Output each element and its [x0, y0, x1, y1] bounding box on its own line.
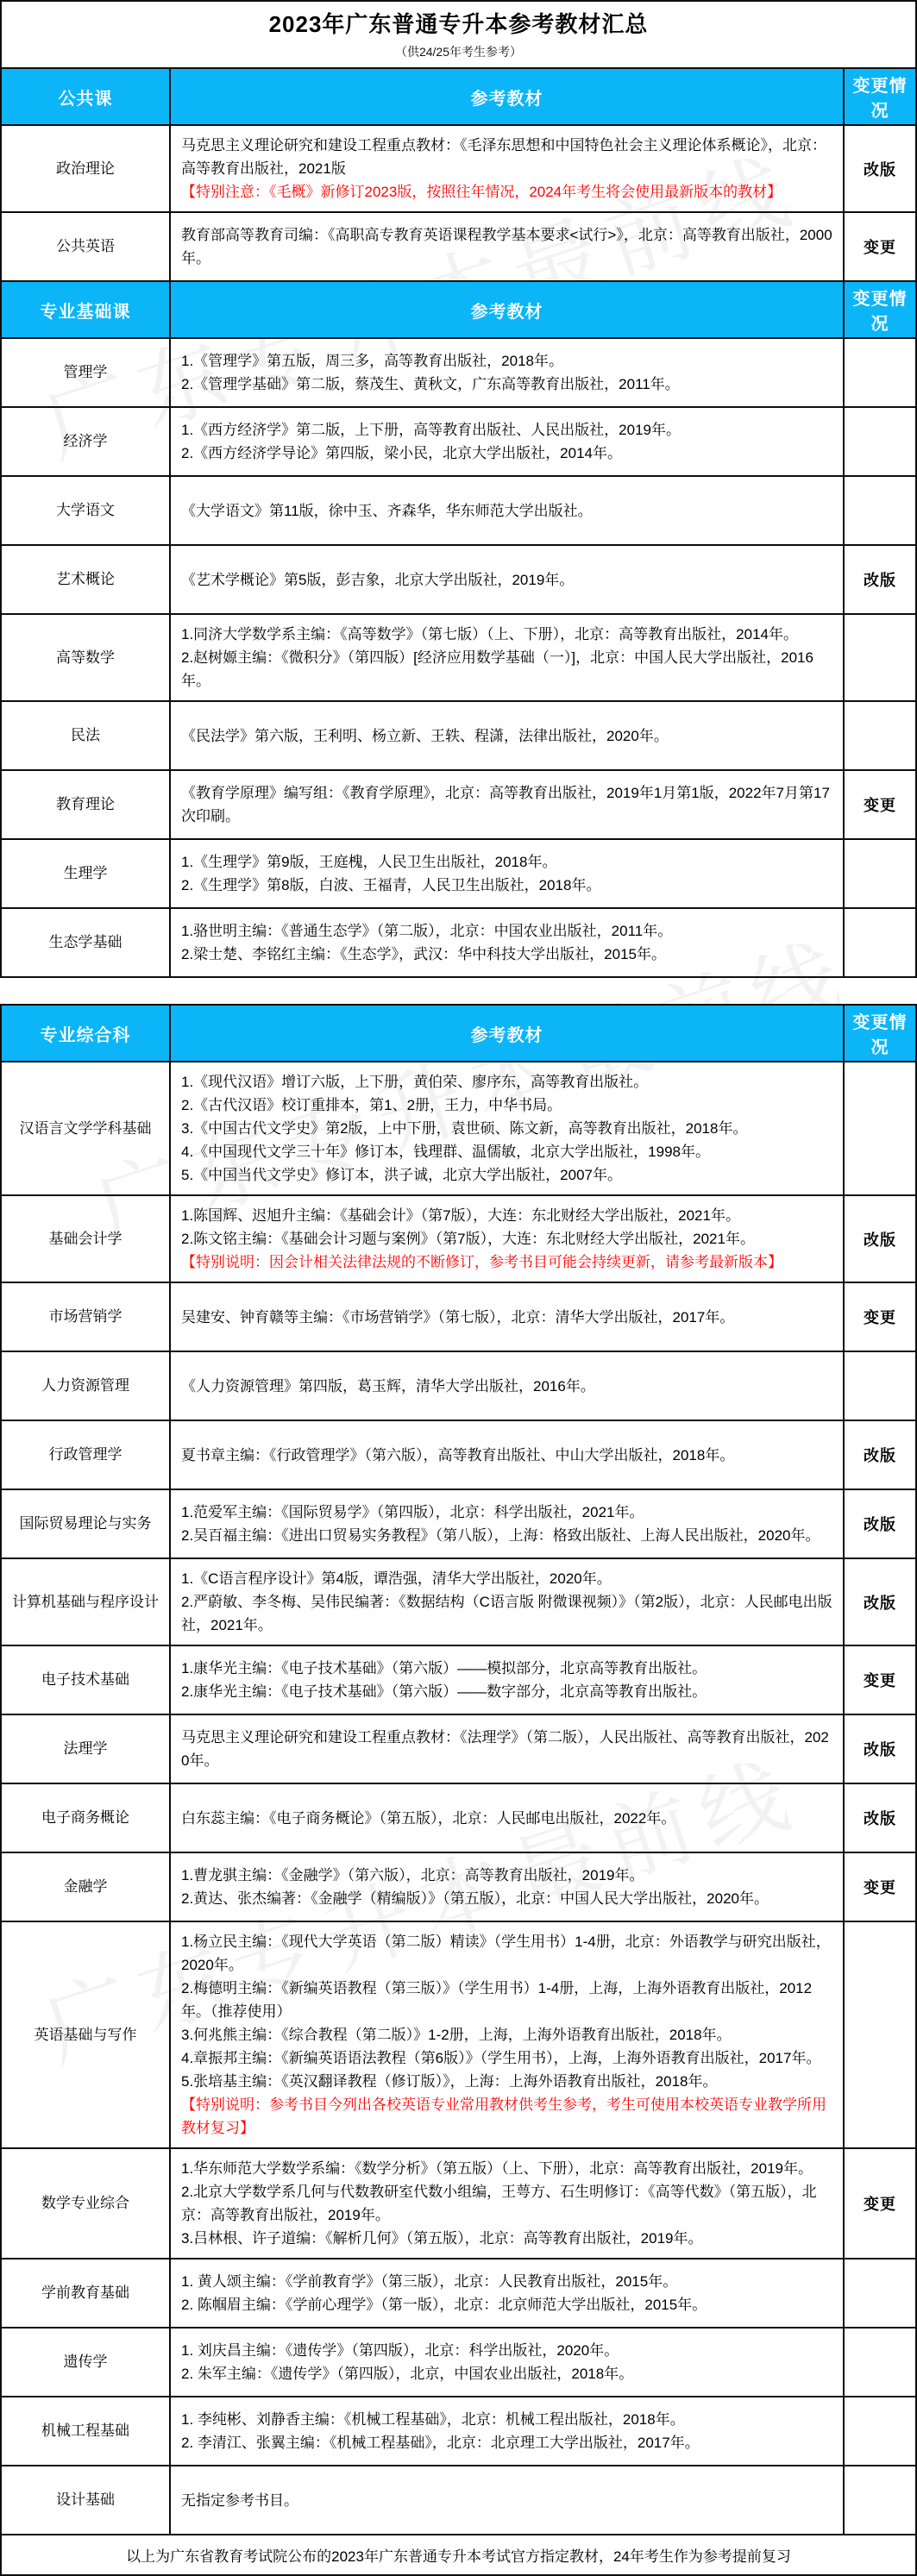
- materials-cell: 教育部高等教育司编：《高职高专教育英语课程教学基本要求<试行>》，北京：高等教育…: [170, 212, 844, 281]
- material-line: 2.《生理学》第8版，白波、王福青，人民卫生出版社，2018年。: [181, 874, 832, 897]
- course-cell: 机械工程基础: [1, 2397, 170, 2466]
- materials-cell: 1.《西方经济学》第二版，上下册，高等教育出版社、人民出版社，2019年。2.《…: [170, 407, 844, 476]
- table-row: 法理学马克思主义理论研究和建设工程重点教材：《法理学》（第二版），人民出版社、高…: [1, 1714, 916, 1783]
- course-cell: 经济学: [1, 407, 170, 476]
- table-row: 管理学1.《管理学》第五版，周三多，高等教育出版社，2018年。2.《管理学基础…: [1, 338, 916, 407]
- course-cell: 生理学: [1, 839, 170, 908]
- table-row: 数学专业综合1.华东师范大学数学系编：《数学分析》（第五版）（上、下册），北京：…: [1, 2148, 916, 2259]
- status-cell: [844, 908, 916, 977]
- materials-cell: 夏书章主编：《行政管理学》（第六版），高等教育出版社、中山大学出版社，2018年…: [170, 1420, 844, 1489]
- course-cell: 大学语文: [1, 476, 170, 545]
- materials-column-header: 参考教材: [170, 1005, 844, 1062]
- status-column-header: 变更情况: [844, 281, 916, 338]
- materials-cell: 1.杨立民主编：《现代大学英语（第二版）精读》（学生用书）1-4册，北京：外语教…: [170, 1921, 844, 2148]
- table-row: 机械工程基础1. 李纯彬、刘静香主编：《机械工程基础》，北京：机械工程出版社，2…: [1, 2397, 916, 2466]
- course-cell: 人力资源管理: [1, 1351, 170, 1420]
- table-row: 公共英语教育部高等教育司编：《高职高专教育英语课程教学基本要求<试行>》，北京：…: [1, 212, 916, 281]
- course-cell: 汉语言文学学科基础: [1, 1062, 170, 1195]
- material-line: 马克思主义理论研究和建设工程重点教材：《法理学》（第二版），人民出版社、高等教育…: [181, 1726, 832, 1772]
- title-row: 2023年广东普通专升本参考教材汇总 （供24/25年考生参考）: [1, 1, 916, 68]
- status-cell: 变更: [844, 1852, 916, 1921]
- material-line: 2.北京大学数学系几何与代数教研室代数小组编，王萼方、石生明修订：《高等代数》（…: [181, 2180, 832, 2227]
- material-line: 2.《管理学基础》第二版，蔡茂生、黄秋文，广东高等教育出版社，2011年。: [181, 373, 832, 396]
- material-line: 2.《古代汉语》校订重排本，第1、2册，王力，中华书局。: [181, 1094, 832, 1117]
- status-cell: 改版: [844, 545, 916, 614]
- table-row: 行政管理学夏书章主编：《行政管理学》（第六版），高等教育出版社、中山大学出版社，…: [1, 1420, 916, 1489]
- material-line: 马克思主义理论研究和建设工程重点教材：《毛泽东思想和中国特色社会主义理论体系概论…: [181, 134, 832, 180]
- material-line: 《民法学》第六版，王利明、杨立新、王轶、程潇，法律出版社，2020年。: [181, 724, 832, 748]
- page-title: 2023年广东普通专升本参考教材汇总: [5, 7, 912, 39]
- material-line: 1. 黄人颂主编：《学前教育学》（第三版），北京：人民教育出版社，2015年。: [181, 2270, 832, 2293]
- material-line: 4.《中国现代文学三十年》修订本，钱理群、温儒敏，北京大学出版社，1998年。: [181, 1140, 832, 1163]
- material-line: 2.陈文铭主编：《基础会计习题与案例》（第7版），大连：东北财经大学出版社，20…: [181, 1227, 832, 1250]
- material-line: 5.张培基主编：《英汉翻译教程（修订版）》，上海：上海外语教育出版社，2018年…: [181, 2070, 832, 2093]
- course-cell: 数学专业综合: [1, 2148, 170, 2259]
- course-cell: 英语基础与写作: [1, 1921, 170, 2148]
- course-cell: 行政管理学: [1, 1420, 170, 1489]
- status-cell: [844, 2259, 916, 2328]
- status-cell: 变更: [844, 2148, 916, 2259]
- materials-cell: 《教育学原理》编写组：《教育学原理》，北京：高等教育出版社，2019年1月第1版…: [170, 770, 844, 839]
- course-cell: 电子商务概论: [1, 1783, 170, 1852]
- material-line: 2. 朱军主编：《遗传学》（第四版），北京，中国农业出版社，2018年。: [181, 2362, 832, 2385]
- status-cell: 改版: [844, 1558, 916, 1645]
- materials-cell: 无指定参考书目。: [170, 2466, 844, 2535]
- table-row: 电子技术基础1.康华光主编：《电子技术基础》（第六版）——模拟部分，北京高等教育…: [1, 1645, 916, 1714]
- table-row: 学前教育基础1. 黄人颂主编：《学前教育学》（第三版），北京：人民教育出版社，2…: [1, 2259, 916, 2328]
- material-line: 2.梁士楚、李铭红主编：《生态学》，武汉：华中科技大学出版社，2015年。: [181, 943, 832, 966]
- material-line: 2.黄达、张杰编著：《金融学（精编版）》（第五版），北京：中国人民大学出版社，2…: [181, 1887, 832, 1910]
- material-line: 1.杨立民主编：《现代大学英语（第二版）精读》（学生用书）1-4册，北京：外语教…: [181, 1930, 832, 1977]
- course-cell: 金融学: [1, 1852, 170, 1921]
- course-cell: 民法: [1, 701, 170, 770]
- table-row: 生态学基础1.骆世明主编：《普通生态学》（第二版），北京：中国农业出版社，201…: [1, 908, 916, 977]
- course-cell: 学前教育基础: [1, 2259, 170, 2328]
- material-line: 1.康华光主编：《电子技术基础》（第六版）——模拟部分，北京高等教育出版社。: [181, 1657, 832, 1680]
- table-row: 人力资源管理《人力资源管理》第四版，葛玉辉，清华大学出版社，2016年。: [1, 1351, 916, 1420]
- status-cell: [844, 2328, 916, 2397]
- materials-column-header: 参考教材: [170, 68, 844, 125]
- materials-cell: 白东蕊主编：《电子商务概论》（第五版），北京：人民邮电出版社，2022年。: [170, 1783, 844, 1852]
- course-cell: 基础会计学: [1, 1195, 170, 1282]
- special-note: 【特别说明：参考书目今列出各校英语专业常用教材供考生参考，考生可使用本校英语专业…: [181, 2093, 832, 2140]
- material-line: 2.梅德明主编：《新编英语教程（第三版）》（学生用书）1-4册，上海，上海外语教…: [181, 1977, 832, 2023]
- professional-comprehensive-courses-table: 专业综合科 参考教材 变更情况 汉语言文学学科基础1.《现代汉语》增订六版，上下…: [0, 1004, 917, 2576]
- status-cell: [844, 1351, 916, 1420]
- course-cell: 公共英语: [1, 212, 170, 281]
- materials-cell: 1.《现代汉语》增订六版，上下册，黄伯荣、廖序东，高等教育出版社。2.《古代汉语…: [170, 1062, 844, 1195]
- material-line: 吴建安、钟育赣等主编：《市场营销学》（第七版），北京：清华大学出版社，2017年…: [181, 1306, 832, 1329]
- footer-note: 以上为广东省教育考试院公布的2023年广东普通专升本考试官方指定教材，24年考生…: [1, 2535, 916, 2575]
- course-cell: 艺术概论: [1, 545, 170, 614]
- section-name-header: 专业基础课: [1, 281, 170, 338]
- course-cell: 遗传学: [1, 2328, 170, 2397]
- material-line: 4.章振邦主编：《新编英语语法教程（第6版）》（学生用书），上海，上海外语教育出…: [181, 2046, 832, 2070]
- table-row: 英语基础与写作1.杨立民主编：《现代大学英语（第二版）精读》（学生用书）1-4册…: [1, 1921, 916, 2148]
- course-cell: 高等数学: [1, 614, 170, 701]
- status-cell: 改版: [844, 125, 916, 212]
- materials-cell: 1.《C语言程序设计》第4版，谭浩强，清华大学出版社，2020年。2.严蔚敏、李…: [170, 1558, 844, 1645]
- status-cell: 改版: [844, 1714, 916, 1783]
- section-header-row: 专业基础课 参考教材 变更情况: [1, 281, 916, 338]
- status-cell: 变更: [844, 212, 916, 281]
- material-line: 1.陈国辉、迟旭升主编：《基础会计》（第7版），大连：东北财经大学出版社，202…: [181, 1204, 832, 1227]
- table-row: 电子商务概论白东蕊主编：《电子商务概论》（第五版），北京：人民邮电出版社，202…: [1, 1783, 916, 1852]
- materials-cell: 《艺术学概论》第5版，彭吉象，北京大学出版社，2019年。: [170, 545, 844, 614]
- material-line: 2.赵树嫄主编：《微积分》（第四版）[经济应用数学基础（一）]，北京：中国人民大…: [181, 646, 832, 693]
- materials-cell: 1.骆世明主编：《普通生态学》（第二版），北京：中国农业出版社，2011年。2.…: [170, 908, 844, 977]
- materials-cell: 1. 黄人颂主编：《学前教育学》（第三版），北京：人民教育出版社，2015年。2…: [170, 2259, 844, 2328]
- course-cell: 法理学: [1, 1714, 170, 1783]
- materials-cell: 1.华东师范大学数学系编：《数学分析》（第五版）（上、下册），北京：高等教育出版…: [170, 2148, 844, 2259]
- material-line: 夏书章主编：《行政管理学》（第六版），高等教育出版社、中山大学出版社，2018年…: [181, 1444, 832, 1467]
- material-line: 2. 陈帼眉主编：《学前心理学》（第一版），北京：北京师范大学出版社，2015年…: [181, 2293, 832, 2316]
- material-line: 《艺术学概论》第5版，彭吉象，北京大学出版社，2019年。: [181, 568, 832, 592]
- material-line: 教育部高等教育司编：《高职高专教育英语课程教学基本要求<试行>》，北京：高等教育…: [181, 223, 832, 270]
- table-row: 国际贸易理论与实务1.范爱军主编：《国际贸易学》（第四版），北京：科学出版社，2…: [1, 1489, 916, 1558]
- table-row: 设计基础无指定参考书目。: [1, 2466, 916, 2535]
- material-line: 1. 刘庆昌主编：《遗传学》（第四版），北京：科学出版社，2020年。: [181, 2339, 832, 2362]
- page-subtitle: （供24/25年考生参考）: [5, 43, 912, 60]
- table-row: 经济学1.《西方经济学》第二版，上下册，高等教育出版社、人民出版社，2019年。…: [1, 407, 916, 476]
- course-cell: 设计基础: [1, 2466, 170, 2535]
- material-line: 1.《C语言程序设计》第4版，谭浩强，清华大学出版社，2020年。: [181, 1567, 832, 1590]
- status-cell: [844, 701, 916, 770]
- section-header-row: 专业综合科 参考教材 变更情况: [1, 1005, 916, 1062]
- status-cell: [844, 407, 916, 476]
- course-cell: 教育理论: [1, 770, 170, 839]
- materials-cell: 马克思主义理论研究和建设工程重点教材：《法理学》（第二版），人民出版社、高等教育…: [170, 1714, 844, 1783]
- table-row: 教育理论《教育学原理》编写组：《教育学原理》，北京：高等教育出版社，2019年1…: [1, 770, 916, 839]
- materials-cell: 吴建安、钟育赣等主编：《市场营销学》（第七版），北京：清华大学出版社，2017年…: [170, 1282, 844, 1351]
- material-line: 1.《生理学》第9版，王庭槐，人民卫生出版社，2018年。: [181, 850, 832, 874]
- material-line: 3.《中国古代文学史》第2版，上中下册，袁世硕、陈文新，高等教育出版社，2018…: [181, 1117, 832, 1140]
- table-row: 高等数学1.同济大学数学系主编：《高等数学》（第七版）（上、下册），北京：高等教…: [1, 614, 916, 701]
- material-line: 1.华东师范大学数学系编：《数学分析》（第五版）（上、下册），北京：高等教育出版…: [181, 2157, 832, 2180]
- table-row: 计算机基础与程序设计1.《C语言程序设计》第4版，谭浩强，清华大学出版社，202…: [1, 1558, 916, 1645]
- material-line: 1.范爱军主编：《国际贸易学》（第四版），北京：科学出版社，2021年。: [181, 1501, 832, 1524]
- materials-cell: 《民法学》第六版，王利明、杨立新、王轶、程潇，法律出版社，2020年。: [170, 701, 844, 770]
- status-cell: 变更: [844, 1282, 916, 1351]
- special-note: 【特别注意：《毛概》新修订2023版，按照往年情况，2024年考生将会使用最新版…: [181, 180, 832, 204]
- textbook-summary-document: 2023年广东普通专升本参考教材汇总 （供24/25年考生参考） 公共课 参考教…: [0, 0, 917, 2576]
- status-cell: [844, 839, 916, 908]
- material-line: 2.严蔚敏、李冬梅、吴伟民编著：《数据结构（C语言版 附微课视频）》（第2版），…: [181, 1590, 832, 1637]
- material-line: 白东蕊主编：《电子商务概论》（第五版），北京：人民邮电出版社，2022年。: [181, 1807, 832, 1830]
- table-row: 政治理论马克思主义理论研究和建设工程重点教材：《毛泽东思想和中国特色社会主义理论…: [1, 125, 916, 212]
- materials-cell: 1.陈国辉、迟旭升主编：《基础会计》（第7版），大连：东北财经大学出版社，202…: [170, 1195, 844, 1282]
- special-note: 【特别说明：因会计相关法律法规的不断修订，参考书目可能会持续更新，请参考最新版本…: [181, 1250, 832, 1274]
- course-cell: 管理学: [1, 338, 170, 407]
- title-cell: 2023年广东普通专升本参考教材汇总 （供24/25年考生参考）: [1, 1, 916, 68]
- public-courses-table: 2023年广东普通专升本参考教材汇总 （供24/25年考生参考） 公共课 参考教…: [0, 0, 917, 282]
- table-row: 市场营销学吴建安、钟育赣等主编：《市场营销学》（第七版），北京：清华大学出版社，…: [1, 1282, 916, 1351]
- material-line: 2.康华光主编：《电子技术基础》（第六版）——数字部分，北京高等教育出版社。: [181, 1680, 832, 1703]
- status-cell: [844, 2397, 916, 2466]
- material-line: 1.《西方经济学》第二版，上下册，高等教育出版社、人民出版社，2019年。: [181, 418, 832, 442]
- material-line: 2. 李清江、张翼主编：《机械工程基础》，北京：北京理工大学出版社，2017年。: [181, 2431, 832, 2454]
- material-line: 3.何兆熊主编：《综合教程（第二版）》1-2册，上海，上海外语教育出版社，201…: [181, 2023, 832, 2046]
- course-cell: 生态学基础: [1, 908, 170, 977]
- materials-cell: 1.《生理学》第9版，王庭槐，人民卫生出版社，2018年。2.《生理学》第8版，…: [170, 839, 844, 908]
- section-name-header: 公共课: [1, 68, 170, 125]
- status-cell: [844, 614, 916, 701]
- table-row: 大学语文《大学语文》第11版，徐中玉、齐森华，华东师范大学出版社。: [1, 476, 916, 545]
- table-row: 生理学1.《生理学》第9版，王庭槐，人民卫生出版社，2018年。2.《生理学》第…: [1, 839, 916, 908]
- material-line: 《教育学原理》编写组：《教育学原理》，北京：高等教育出版社，2019年1月第1版…: [181, 781, 832, 828]
- materials-cell: 1.范爱军主编：《国际贸易学》（第四版），北京：科学出版社，2021年。2.吴百…: [170, 1489, 844, 1558]
- materials-column-header: 参考教材: [170, 281, 844, 338]
- status-cell: 变更: [844, 1645, 916, 1714]
- material-line: 1.《现代汉语》增订六版，上下册，黄伯荣、廖序东，高等教育出版社。: [181, 1070, 832, 1094]
- status-cell: 改版: [844, 1195, 916, 1282]
- materials-cell: 1.同济大学数学系主编：《高等数学》（第七版）（上、下册），北京：高等教育出版社…: [170, 614, 844, 701]
- materials-cell: 1.康华光主编：《电子技术基础》（第六版）——模拟部分，北京高等教育出版社。2.…: [170, 1645, 844, 1714]
- status-cell: [844, 338, 916, 407]
- table-row: 金融学1.曹龙骐主编：《金融学》（第六版），北京：高等教育出版社，2019年。2…: [1, 1852, 916, 1921]
- materials-cell: 1. 李纯彬、刘静香主编：《机械工程基础》，北京：机械工程出版社，2018年。2…: [170, 2397, 844, 2466]
- material-line: 《人力资源管理》第四版，葛玉辉，清华大学出版社，2016年。: [181, 1375, 832, 1398]
- status-cell: [844, 2466, 916, 2535]
- status-cell: [844, 1921, 916, 2148]
- material-line: 《大学语文》第11版，徐中玉、齐森华，华东师范大学出版社。: [181, 499, 832, 523]
- status-cell: [844, 1062, 916, 1195]
- status-column-header: 变更情况: [844, 1005, 916, 1062]
- table-row: 艺术概论《艺术学概论》第5版，彭吉象，北京大学出版社，2019年。改版: [1, 545, 916, 614]
- status-cell: 改版: [844, 1783, 916, 1852]
- status-cell: [844, 476, 916, 545]
- course-cell: 国际贸易理论与实务: [1, 1489, 170, 1558]
- course-cell: 计算机基础与程序设计: [1, 1558, 170, 1645]
- material-line: 2.吴百福主编：《进出口贸易实务教程》（第八版），上海：格致出版社、上海人民出版…: [181, 1524, 832, 1547]
- table-row: 汉语言文学学科基础1.《现代汉语》增订六版，上下册，黄伯荣、廖序东，高等教育出版…: [1, 1062, 916, 1195]
- material-line: 1. 李纯彬、刘静香主编：《机械工程基础》，北京：机械工程出版社，2018年。: [181, 2408, 832, 2431]
- material-line: 2.《西方经济学导论》第四版，梁小民，北京大学出版社，2014年。: [181, 442, 832, 465]
- table-row: 民法《民法学》第六版，王利明、杨立新、王轶、程潇，法律出版社，2020年。: [1, 701, 916, 770]
- material-line: 1.《管理学》第五版，周三多，高等教育出版社，2018年。: [181, 349, 832, 373]
- material-line: 1.骆世明主编：《普通生态学》（第二版），北京：中国农业出版社，2011年。: [181, 919, 832, 943]
- professional-basic-courses-table: 专业基础课 参考教材 变更情况 管理学1.《管理学》第五版，周三多，高等教育出版…: [0, 280, 917, 978]
- section-name-header: 专业综合科: [1, 1005, 170, 1062]
- material-line: 3.吕林根、许子道编：《解析几何》（第五版），北京：高等教育出版社，2019年。: [181, 2227, 832, 2250]
- material-line: 1.曹龙骐主编：《金融学》（第六版），北京：高等教育出版社，2019年。: [181, 1864, 832, 1887]
- material-line: 5.《中国当代文学史》修订本，洪子诚，北京大学出版社，2007年。: [181, 1163, 832, 1187]
- course-cell: 政治理论: [1, 125, 170, 212]
- materials-cell: 1.《管理学》第五版，周三多，高等教育出版社，2018年。2.《管理学基础》第二…: [170, 338, 844, 407]
- materials-cell: 马克思主义理论研究和建设工程重点教材：《毛泽东思想和中国特色社会主义理论体系概论…: [170, 125, 844, 212]
- status-cell: 改版: [844, 1420, 916, 1489]
- materials-cell: 《人力资源管理》第四版，葛玉辉，清华大学出版社，2016年。: [170, 1351, 844, 1420]
- material-line: 1.同济大学数学系主编：《高等数学》（第七版）（上、下册），北京：高等教育出版社…: [181, 623, 832, 646]
- material-line: 无指定参考书目。: [181, 2489, 832, 2512]
- course-cell: 市场营销学: [1, 1282, 170, 1351]
- status-cell: 变更: [844, 770, 916, 839]
- materials-cell: 1. 刘庆昌主编：《遗传学》（第四版），北京：科学出版社，2020年。2. 朱军…: [170, 2328, 844, 2397]
- section-header-row: 公共课 参考教材 变更情况: [1, 68, 916, 125]
- status-column-header: 变更情况: [844, 68, 916, 125]
- table-row: 基础会计学1.陈国辉、迟旭升主编：《基础会计》（第7版），大连：东北财经大学出版…: [1, 1195, 916, 1282]
- materials-cell: 《大学语文》第11版，徐中玉、齐森华，华东师范大学出版社。: [170, 476, 844, 545]
- course-cell: 电子技术基础: [1, 1645, 170, 1714]
- footer-row: 以上为广东省教育考试院公布的2023年广东普通专升本考试官方指定教材，24年考生…: [1, 2535, 916, 2575]
- materials-cell: 1.曹龙骐主编：《金融学》（第六版），北京：高等教育出版社，2019年。2.黄达…: [170, 1852, 844, 1921]
- status-cell: 改版: [844, 1489, 916, 1558]
- table-row: 遗传学1. 刘庆昌主编：《遗传学》（第四版），北京：科学出版社，2020年。2.…: [1, 2328, 916, 2397]
